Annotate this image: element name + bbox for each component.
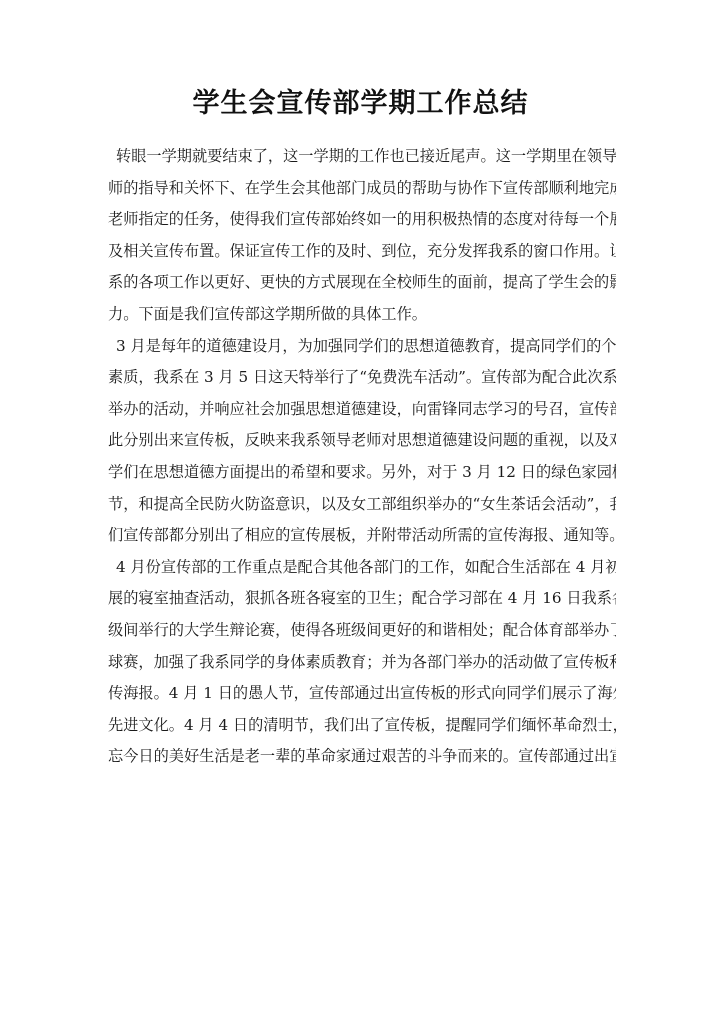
text-line: 节，和提高全民防火防盗意识，以及女工部组织举办的“女生茶话会活动”，我 [108,489,616,521]
text-line: 系的各项工作以更好、更快的方式展现在全校师生的面前，提高了学生会的影响 [108,267,616,299]
text-line: 级间举行的大学生辩论赛，使得各班级间更好的和谐相处；配合体育部举办了篮 [108,615,616,647]
text-line: 4 月份宣传部的工作重点是配合其他各部门的工作，如配合生活部在 4 月初开 [108,552,616,584]
text-line: 素质，我系在 3 月 5 日这天特举行了“免费洗车活动”。宣传部为配合此次系里 [108,362,616,394]
paragraph-intro: 转眼一学期就要结束了，这一学期的工作也已接近尾声。这一学期里在领导老 师的指导和… [108,141,616,331]
text-line: 学们在思想道德方面提出的希望和要求。另外，对于 3 月 12 日的绿色家园植树 [108,457,616,489]
text-line: 举办的活动，并响应社会加强思想道德建设，向雷锋同志学习的号召，宣传部对 [108,394,616,426]
paragraph-march: 3 月是每年的道德建设月，为加强同学们的思想道德教育，提高同学们的个人 素质，我… [108,331,616,552]
text-line: 力。下面是我们宣传部这学期所做的具体工作。 [108,299,616,331]
document-page: 学生会宣传部学期工作总结 转眼一学期就要结束了，这一学期的工作也已接近尾声。这一… [0,0,721,1020]
text-line: 此分别出来宣传板，反映来我系领导老师对思想道德建设问题的重视，以及对同 [108,425,616,457]
text-line: 3 月是每年的道德建设月，为加强同学们的思想道德教育，提高同学们的个人 [108,331,616,363]
text-line: 老师指定的任务，使得我们宣传部始终如一的用积极热情的态度对待每一个展板 [108,204,616,236]
text-line: 先进文化。4 月 4 日的清明节，我们出了宣传板，提醒同学们缅怀革命烈士，勿 [108,710,616,742]
text-line: 球赛，加强了我系同学的身体素质教育；并为各部门举办的活动做了宣传板和宣 [108,647,616,679]
document-body: 转眼一学期就要结束了，这一学期的工作也已接近尾声。这一学期里在领导老 师的指导和… [108,141,616,773]
text-line: 传海报。4 月 1 日的愚人节，宣传部通过出宣传板的形式向同学们展示了海外的 [108,678,616,710]
text-line: 们宣传部都分别出了相应的宣传展板，并附带活动所需的宣传海报、通知等。 [108,520,616,552]
paragraph-april: 4 月份宣传部的工作重点是配合其他各部门的工作，如配合生活部在 4 月初开 展的… [108,552,616,773]
text-line: 展的寝室抽查活动，狠抓各班各寝室的卫生；配合学习部在 4 月 16 日我系各班 [108,583,616,615]
text-line: 师的指导和关怀下、在学生会其他部门成员的帮助与协作下宣传部顺利地完成了 [108,173,616,205]
text-line: 转眼一学期就要结束了，这一学期的工作也已接近尾声。这一学期里在领导老 [108,141,616,173]
text-line: 及相关宣传布置。保证宣传工作的及时、到位，充分发挥我系的窗口作用。让我 [108,236,616,268]
document-title: 学生会宣传部学期工作总结 [0,86,721,122]
text-line: 忘今日的美好生活是老一辈的革命家通过艰苦的斗争而来的。宣传部通过出宣传 [108,741,616,773]
